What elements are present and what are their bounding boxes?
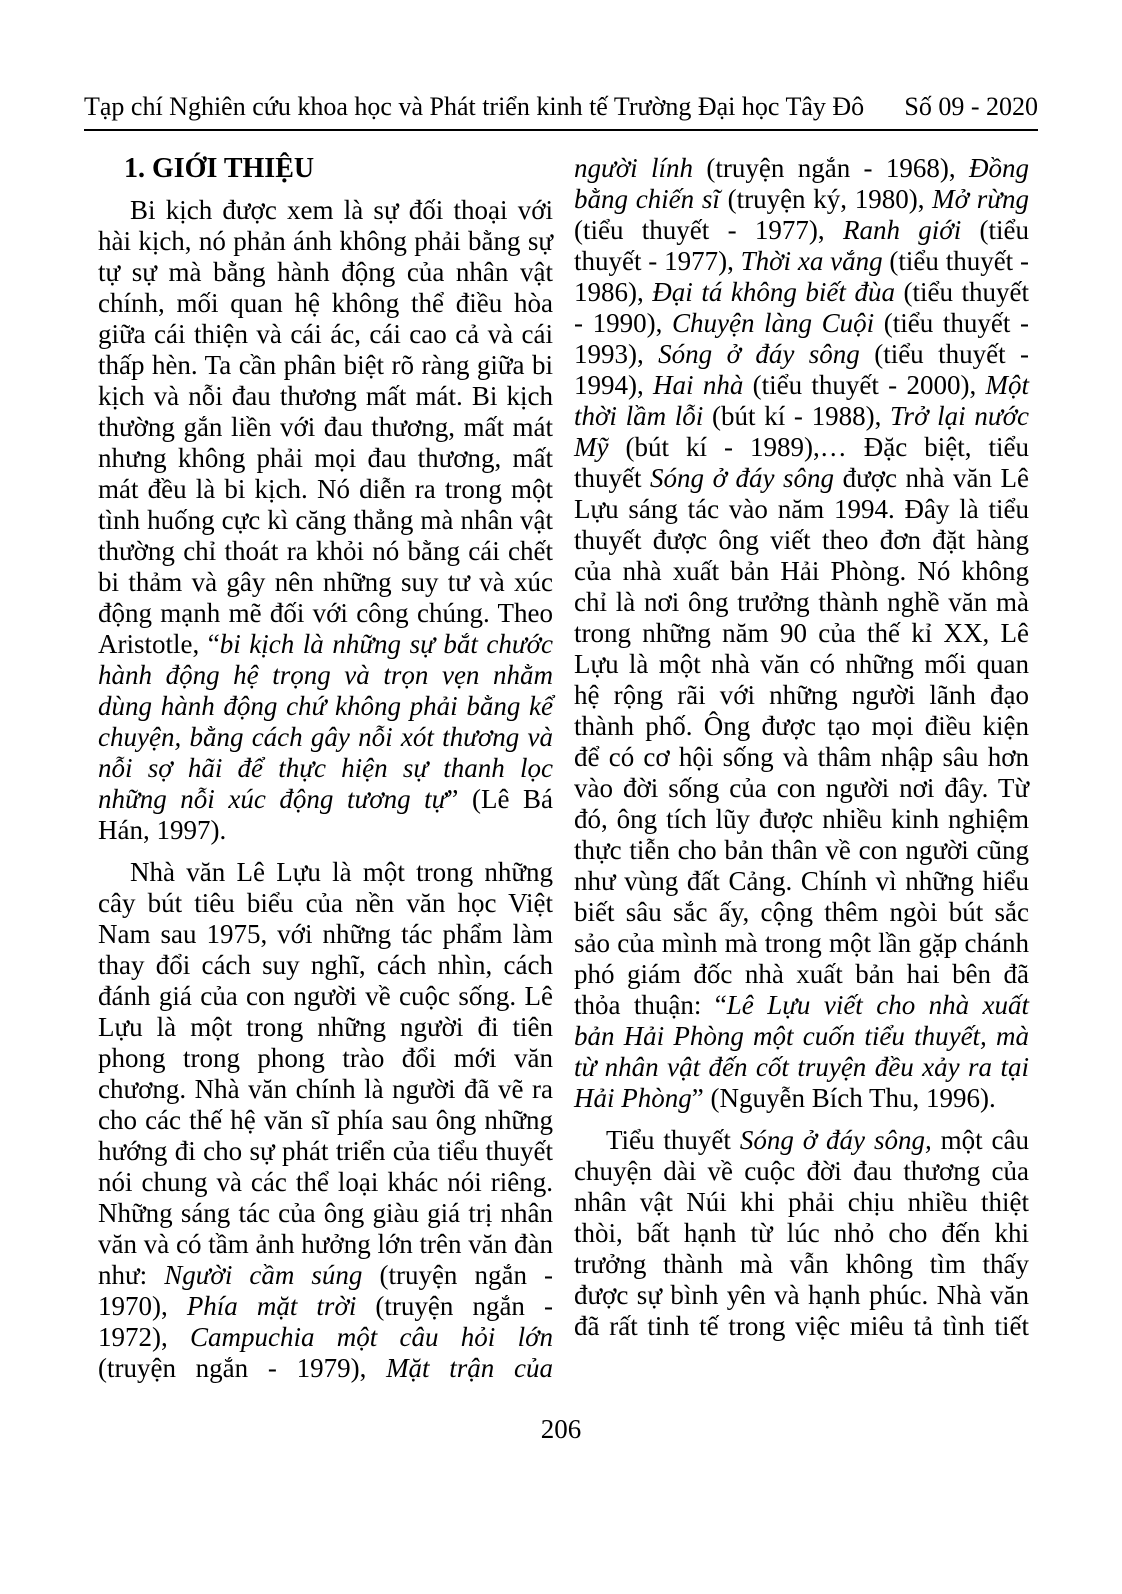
page-footer: 206: [0, 1414, 1122, 1445]
journal-title: Tạp chí Nghiên cứu khoa học và Phát triể…: [84, 92, 864, 122]
left-column: 1. GIỚI THIỆU Bi kịch được xem là sự đối…: [98, 153, 553, 1384]
paragraph: Tiểu thuyết Sóng ở đáy sông, một câu chu…: [574, 1125, 1029, 1342]
paragraph: Nhà văn Lê Lựu là một trong những cây bú…: [98, 857, 553, 1384]
left-column-paragraphs: Bi kịch được xem là sự đối thoại với hài…: [98, 195, 553, 1384]
paragraph: Bi kịch được xem là sự đối thoại với hài…: [98, 195, 553, 846]
right-column: người lính (truyện ngắn - 1968), Đồng bằ…: [574, 153, 1029, 1384]
issue-number: Số 09 - 2020: [904, 92, 1038, 122]
right-column-paragraphs: người lính (truyện ngắn - 1968), Đồng bằ…: [574, 153, 1029, 1342]
page-header: Tạp chí Nghiên cứu khoa học và Phát triể…: [84, 92, 1038, 131]
article-body: 1. GIỚI THIỆU Bi kịch được xem là sự đối…: [98, 153, 1029, 1384]
section-heading: 1. GIỚI THIỆU: [98, 153, 553, 185]
journal-page: Tạp chí Nghiên cứu khoa học và Phát triể…: [0, 0, 1122, 1594]
paragraph: người lính (truyện ngắn - 1968), Đồng bằ…: [574, 153, 1029, 1114]
page-number: 206: [541, 1414, 582, 1444]
